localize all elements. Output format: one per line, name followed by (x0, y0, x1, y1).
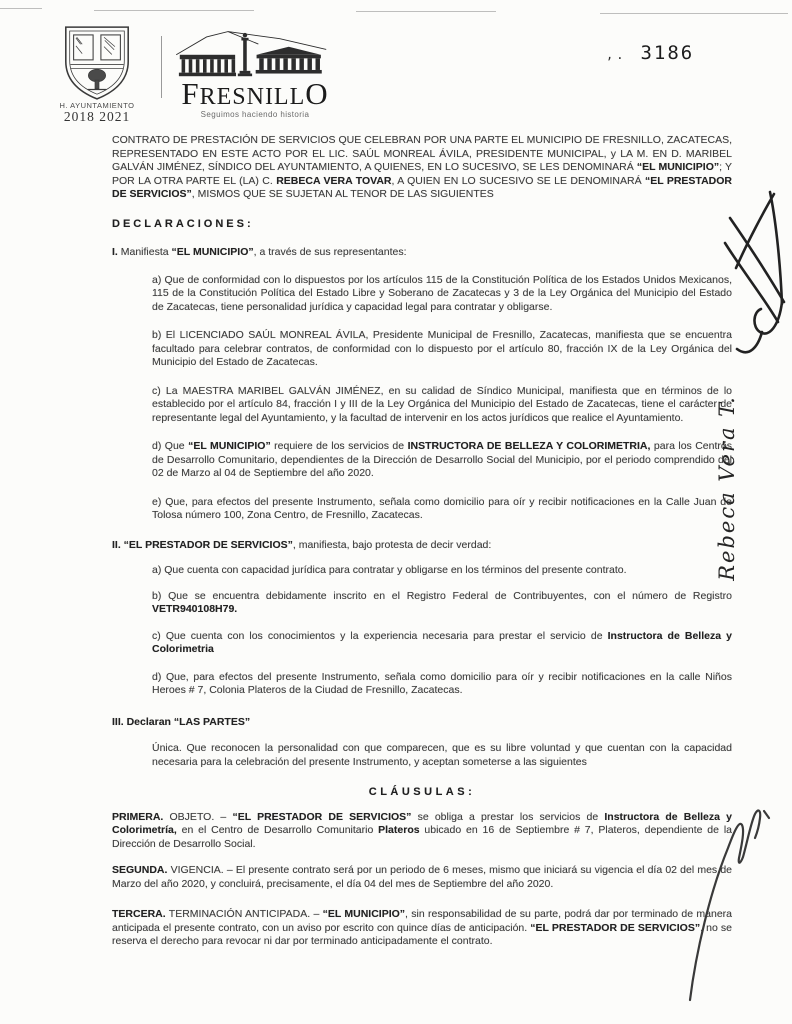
clause-segunda: SEGUNDA. VIGENCIA. – El presente contrat… (112, 864, 732, 891)
fresnillo-skyline-icon (172, 28, 334, 78)
contract-body: CONTRATO DE PRESTACIÓN DE SERVICIOS QUE … (112, 134, 732, 964)
scan-artifact-line (356, 11, 496, 12)
folio-stamp-number: 3186 (640, 42, 694, 64)
scan-artifact-line (0, 8, 42, 9)
folio-stamp: ,. 3186 (606, 42, 694, 64)
section-i-heading: I. Manifiesta “EL MUNICIPIO”, a través d… (112, 246, 732, 260)
section-ii-item-d: d) Que, para efectos del presente Instru… (152, 671, 732, 698)
declaration-unica: Única. Que reconocen la personalidad con… (152, 742, 732, 769)
section-i-item-a: a) Que de conformidad con lo dispuestos … (152, 274, 732, 315)
crest-years: 2018 2021 (34, 109, 160, 125)
section-ii-heading: II. “EL PRESTADOR DE SERVICIOS”, manifie… (112, 539, 732, 553)
declaraciones-title: DECLARACIONES: (112, 218, 732, 232)
scan-artifact-line (94, 10, 254, 11)
section-i-item-d: d) Que “EL MUNICIPIO” requiere de los se… (152, 440, 732, 481)
section-iii-heading: III. Declaran “LAS PARTES” (112, 716, 732, 730)
fresnillo-wordmark: FRESNILLO (166, 76, 344, 112)
header-divider (161, 36, 162, 98)
section-i-item-c: c) La MAESTRA MARIBEL GALVÁN JIMÉNEZ, en… (152, 385, 732, 426)
handwritten-signer-name: Rebeca Vera T. (688, 372, 766, 604)
section-i-item-b: b) El LICENCIADO SAÚL MONREAL ÁVILA, Pre… (152, 329, 732, 370)
clause-primera: PRIMERA. OBJETO. – “EL PRESTADOR DE SERV… (112, 811, 732, 852)
logo-tagline: Seguimos haciendo historia (168, 110, 342, 119)
wordmark-initial: F (181, 76, 199, 111)
section-ii-item-b: b) Que se encuentra debidamente inscrito… (152, 590, 732, 617)
scan-artifact-line (600, 13, 788, 14)
signature-scribble-icon (722, 186, 792, 362)
municipal-crest-icon (44, 24, 150, 102)
section-i-item-e: e) Que, para efectos del presente Instru… (152, 496, 732, 523)
section-ii-item-a: a) Que cuenta con capacidad jurídica par… (152, 564, 732, 578)
clause-tercera: TERCERA. TERMINACIÓN ANTICIPADA. – “EL M… (112, 908, 732, 949)
intro-paragraph: CONTRATO DE PRESTACIÓN DE SERVICIOS QUE … (112, 134, 732, 202)
scanned-contract-page: H. AYUNTAMIENTO 2018 2021 FRESNILLO (0, 0, 792, 1024)
wordmark-middle: RESNILL (200, 84, 306, 110)
handwritten-flourish-icon (668, 800, 780, 1012)
folio-stamp-marks: ,. (606, 48, 626, 62)
wordmark-final: O (305, 76, 328, 111)
clausulas-title: CLÁUSULAS: (112, 786, 732, 800)
section-ii-item-c: c) Que cuenta con los conocimientos y la… (152, 630, 732, 657)
